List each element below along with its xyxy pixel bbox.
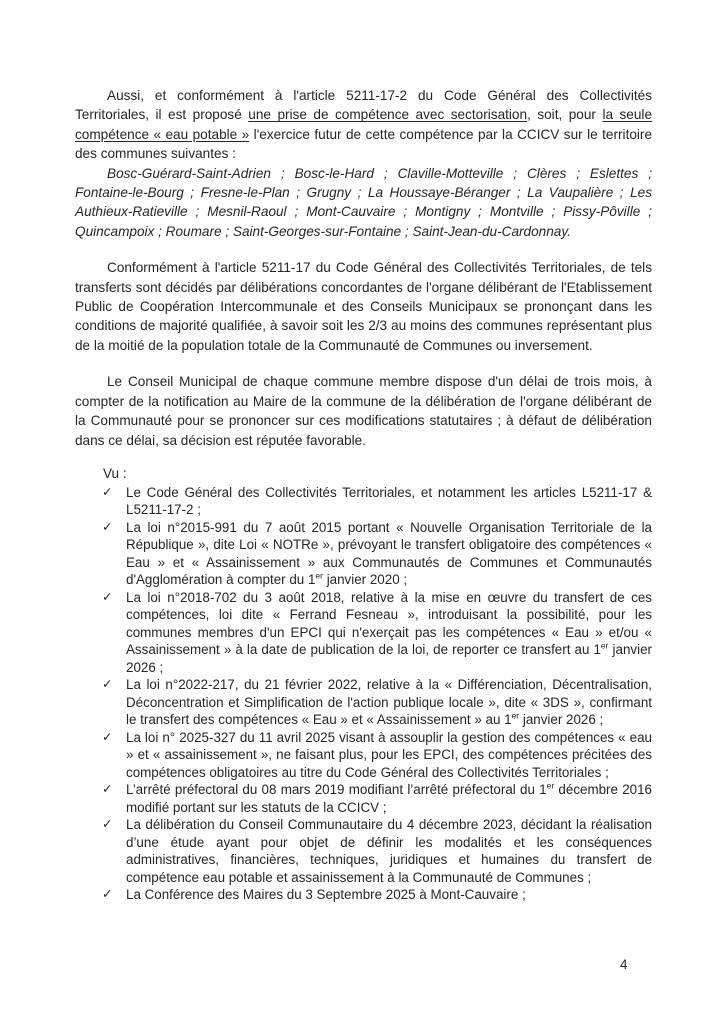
vu-item-text: La loi n°2015-991 du 7 août 2015 portant… <box>126 519 652 589</box>
vu-item-text: La loi n°2018-702 du 3 août 2018, relati… <box>126 589 652 677</box>
document-content: Aussi, et conformément à l'article 5211-… <box>75 86 652 904</box>
paragraph-intro: Aussi, et conformément à l'article 5211-… <box>75 86 652 164</box>
checkmark-icon: ✓ <box>102 519 126 537</box>
vu-item: ✓La loi n° 2025-327 du 11 avril 2025 vis… <box>75 729 652 782</box>
text-segment: La loi n° 2025-327 du 11 avril 2025 visa… <box>126 730 652 780</box>
document-page: Aussi, et conformément à l'article 5211-… <box>0 0 724 1024</box>
text-segment: Le Code Général des Collectivités Territ… <box>126 485 652 518</box>
checkmark-icon: ✓ <box>102 729 126 747</box>
vu-label: Vu : <box>103 465 652 483</box>
vu-item-text: L’arrêté préfectoral du 08 mars 2019 mod… <box>126 781 652 816</box>
checkmark-icon: ✓ <box>102 886 126 904</box>
vu-item: ✓Le Code Général des Collectivités Terri… <box>75 484 652 519</box>
paragraph-gap <box>75 355 652 372</box>
vu-item: ✓La loi n°2015-991 du 7 août 2015 portan… <box>75 519 652 589</box>
checkmark-icon: ✓ <box>102 589 126 607</box>
text-segment: La délibération du Conseil Communautaire… <box>126 817 652 885</box>
page-number: 4 <box>620 957 628 972</box>
vu-item-text: La Conférence des Maires du 3 Septembre … <box>126 886 652 904</box>
vu-item: ✓La Conférence des Maires du 3 Septembre… <box>75 886 652 904</box>
text-segment: une prise de compétence avec sectorisati… <box>248 107 527 122</box>
vu-item-text: Le Code Général des Collectivités Territ… <box>126 484 652 519</box>
text-segment: er <box>315 571 323 581</box>
checkmark-icon: ✓ <box>102 781 126 799</box>
vu-item: ✓La loi n°2018-702 du 3 août 2018, relat… <box>75 589 652 677</box>
paragraph-delai: Le Conseil Municipal de chaque commune m… <box>75 372 652 450</box>
communes-list: Bosc-Guérard-Saint-Adrien ; Bosc-le-Hard… <box>75 164 652 242</box>
text-segment: La loi n°2018-702 du 3 août 2018, relati… <box>126 590 652 658</box>
vu-item-text: La loi n°2022-217, du 21 février 2022, r… <box>126 676 652 729</box>
paragraph-gap <box>75 241 652 258</box>
text-segment: er <box>512 711 520 721</box>
text-segment: janvier 2020 ; <box>323 572 407 587</box>
vu-item-text: La loi n° 2025-327 du 11 avril 2025 visa… <box>126 729 652 782</box>
text-segment: L’arrêté préfectoral du 08 mars 2019 mod… <box>126 782 547 797</box>
checkmark-icon: ✓ <box>102 816 126 834</box>
vu-item: ✓L’arrêté préfectoral du 08 mars 2019 mo… <box>75 781 652 816</box>
text-segment: La Conférence des Maires du 3 Septembre … <box>126 887 526 902</box>
vu-item: ✓La délibération du Conseil Communautair… <box>75 816 652 886</box>
vu-list: ✓Le Code Général des Collectivités Terri… <box>75 484 652 904</box>
text-segment: , soit, pour <box>527 107 602 122</box>
paragraph-gap <box>75 450 652 465</box>
text-segment: janvier 2026 ; <box>519 712 603 727</box>
checkmark-icon: ✓ <box>102 484 126 502</box>
checkmark-icon: ✓ <box>102 676 126 694</box>
paragraph-conformement: Conformément à l'article 5211-17 du Code… <box>75 258 652 355</box>
vu-item: ✓La loi n°2022-217, du 21 février 2022, … <box>75 676 652 729</box>
vu-item-text: La délibération du Conseil Communautaire… <box>126 816 652 886</box>
